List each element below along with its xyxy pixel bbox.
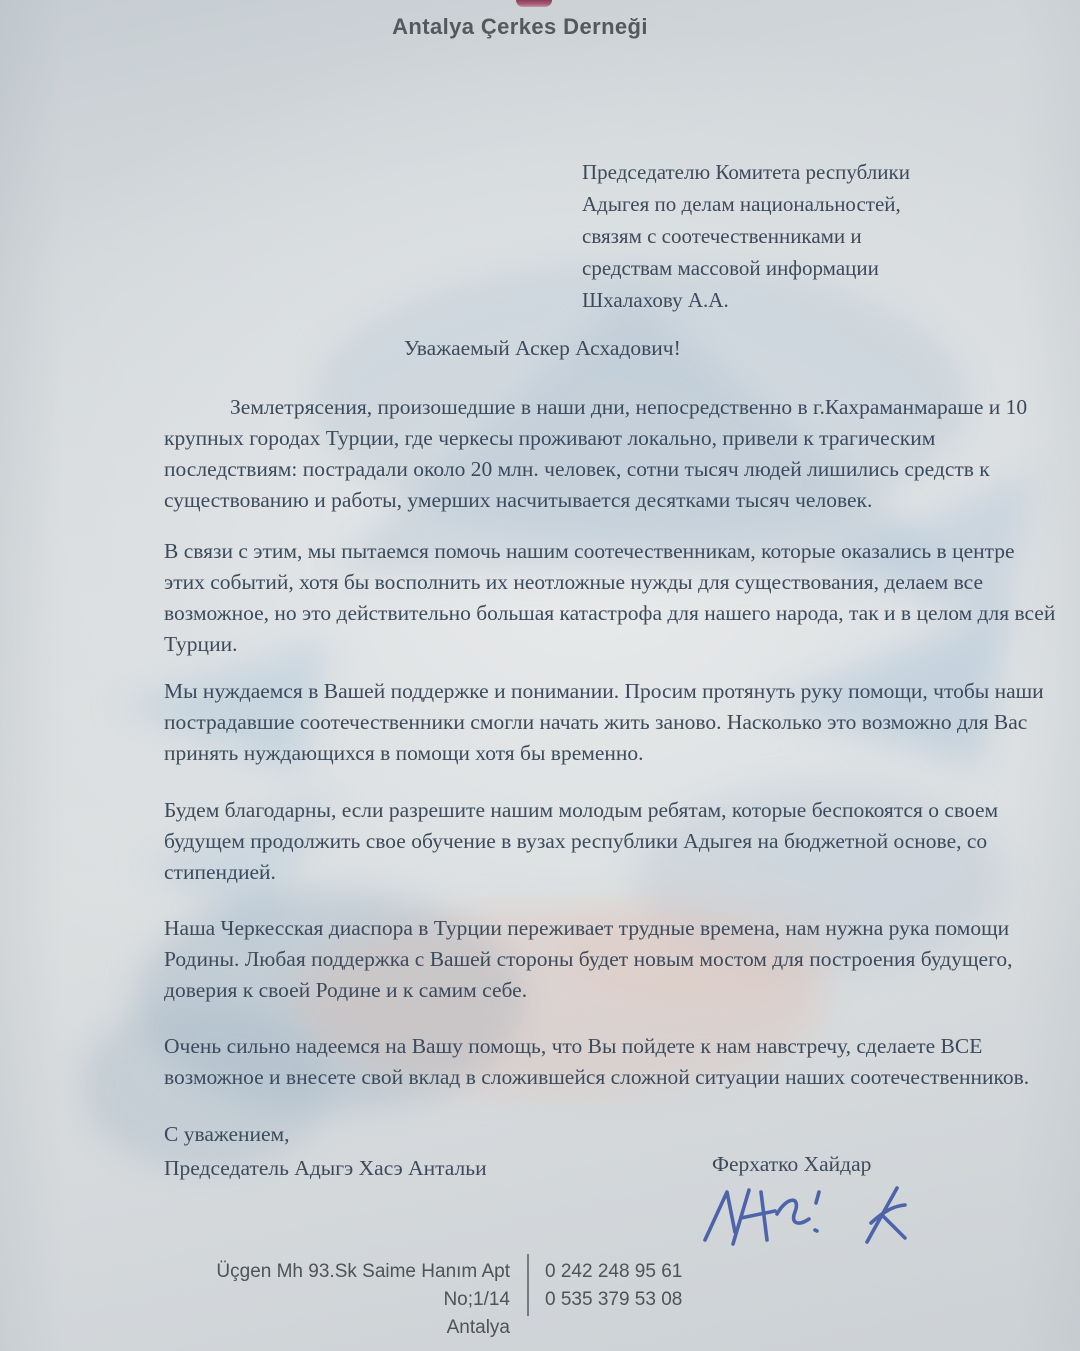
body-paragraph-5: Наша Черкесская диаспора в Турции пережи…	[164, 913, 1056, 1006]
body-paragraph-1: Землетрясения, произошедшие в наши дни, …	[164, 392, 1056, 516]
recipient-line: Адыгея по делам национальностей,	[582, 188, 910, 220]
footer-address-line1: Üçgen Mh 93.Sk Saime Hanım Apt No;1/14	[150, 1258, 510, 1314]
footer-phones: 0 242 248 95 61 0 535 379 53 08	[545, 1258, 682, 1314]
recipient-line: средствам массовой информации	[582, 252, 910, 284]
footer-divider	[527, 1254, 529, 1316]
recipient-line: связям с соотечественниками и	[582, 220, 910, 252]
logo-cutoff-mark	[516, 0, 552, 7]
salutation: Уважаемый Аскер Асхадович!	[404, 336, 681, 361]
footer-phone2: 0 535 379 53 08	[545, 1286, 682, 1314]
body-paragraph-2: В связи с этим, мы пытаемся помочь нашим…	[164, 536, 1056, 660]
body-paragraph-6: Очень сильно надеемся на Вашу помощь, чт…	[164, 1031, 1056, 1093]
body-paragraph-3: Мы нуждаемся в Вашей поддержке и пониман…	[164, 676, 1056, 769]
recipient-block: Председателю Комитета республики Адыгея …	[582, 156, 910, 316]
body-paragraph-4: Будем благодарны, если разрешите нашим м…	[164, 795, 1056, 888]
footer-phone1: 0 242 248 95 61	[545, 1258, 682, 1286]
sender-title: Председатель Адыгэ Хасэ Антальи	[164, 1156, 487, 1181]
closing-regards: С уважением,	[164, 1122, 290, 1147]
recipient-line: Председателю Комитета республики	[582, 156, 910, 188]
sender-name: Ферхатко Хайдар	[712, 1152, 871, 1177]
organization-name: Antalya Çerkes Derneği	[0, 14, 1040, 40]
footer-address-line2: Antalya	[150, 1314, 510, 1342]
signature-ink	[695, 1178, 925, 1253]
recipient-line: Шхалахову А.А.	[582, 284, 910, 316]
footer-address: Üçgen Mh 93.Sk Saime Hanım Apt No;1/14 A…	[150, 1258, 510, 1342]
